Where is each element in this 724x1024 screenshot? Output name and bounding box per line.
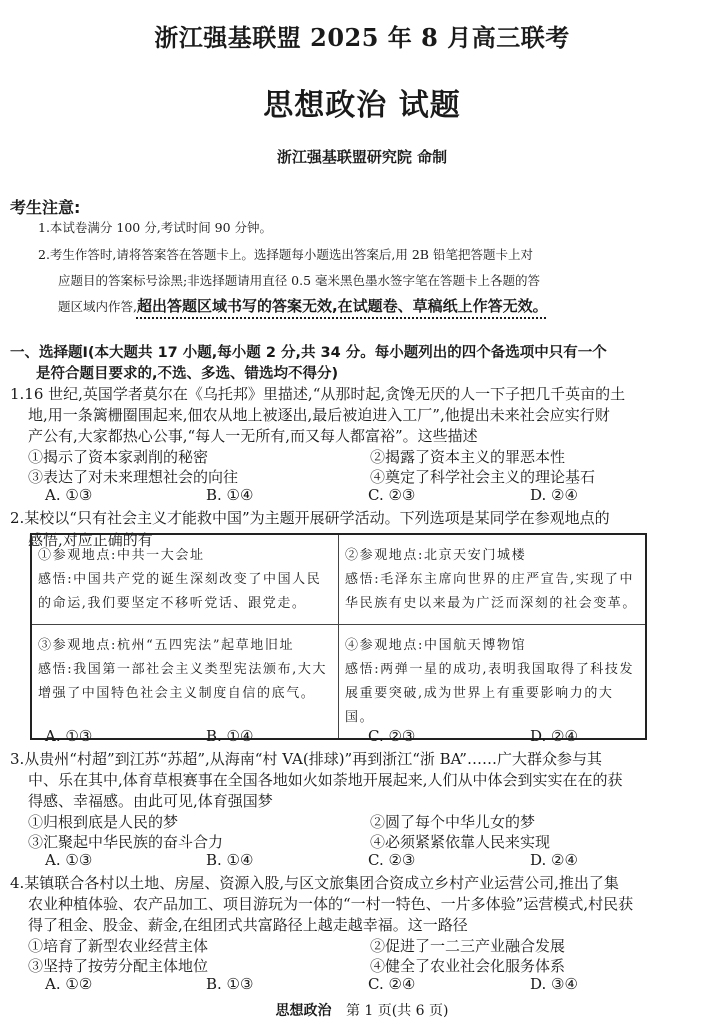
q4-choice-d[interactable]: D. ③④ xyxy=(530,975,578,993)
q2-cell-4-insight: 感悟:两弹一星的成功,表明我国取得了科技发展重要突破,成为世界上有重要影响力的大… xyxy=(345,658,639,730)
q4-choice-b[interactable]: B. ①③ xyxy=(206,975,253,993)
q2-stem-1: 2.某校以“只有社会主义才能救中国”为主题开展研学活动。下列选项是某同学在参观地… xyxy=(10,507,610,528)
footer-subject: 思想政治 xyxy=(276,1003,332,1019)
q4-statement-3: ③坚持了按劳分配主体地位 xyxy=(28,955,208,976)
q2-cell-2-insight: 感悟:毛泽东主席向世界的庄严宣告,实现了中华民族有史以来最为广泛而深刻的社会变革… xyxy=(345,568,639,616)
q2-cell-1: ①参观地点:中共一大会址 感悟:中国共产党的诞生深刻改变了中国人民的命运,我们要… xyxy=(31,534,339,625)
q1-statement-4: ④奠定了科学社会主义的理论基石 xyxy=(370,466,595,487)
exam-title: 浙江强基联盟 2025 年 8 月高三联考 xyxy=(0,18,724,53)
q1-statement-3: ③表达了对未来理想社会的向往 xyxy=(28,466,238,487)
q3-choice-b[interactable]: B. ①④ xyxy=(206,851,253,869)
section-heading-cont: 是符合题目要求的,不选、多选、错选均不得分) xyxy=(36,362,338,383)
q3-statement-1: ①归根到底是人民的梦 xyxy=(28,811,178,832)
section-heading: 一、选择题Ⅰ(本大题共 17 小题,每小题 2 分,共 34 分。每小题列出的四… xyxy=(10,341,607,362)
q2-cell-4-place: ④参观地点:中国航天博物馆 xyxy=(345,634,639,658)
q2-cell-4: ④参观地点:中国航天博物馆 感悟:两弹一星的成功,表明我国取得了科技发展重要突破… xyxy=(339,625,647,740)
q3-choice-a[interactable]: A. ①③ xyxy=(45,851,92,869)
q4-stem-3: 得了租金、股金、薪金,在组团式共富路径上越走越幸福。这一路径 xyxy=(28,914,468,935)
subject-title: 思想政治 试题 xyxy=(0,80,724,124)
q4-statement-4: ④健全了农业社会化服务体系 xyxy=(370,955,565,976)
q3-stem-3: 得感、幸福感。由此可见,体育强国梦 xyxy=(28,790,273,811)
q3-stem-2: 中、乐在其中,体育草根赛事在全国各地如火如荼地开展起来,人们从中体会到实实在在的… xyxy=(28,769,623,790)
q3-choice-c[interactable]: C. ②③ xyxy=(368,851,415,869)
q2-choice-b[interactable]: B. ①④ xyxy=(206,727,253,745)
q2-cell-1-insight: 感悟:中国共产党的诞生深刻改变了中国人民的命运,我们要坚定不移听党话、跟党走。 xyxy=(38,568,332,616)
page-footer: 思想政治 第 1 页(共 6 页) xyxy=(0,1000,724,1020)
q3-choice-d[interactable]: D. ②④ xyxy=(530,851,578,869)
q2-cell-2: ②参观地点:北京天安门城楼 感悟:毛泽东主席向世界的庄严宣告,实现了中华民族有史… xyxy=(339,534,647,625)
q3-statement-4: ④必须紧紧依靠人民来实现 xyxy=(370,831,550,852)
q2-table: ①参观地点:中共一大会址 感悟:中国共产党的诞生深刻改变了中国人民的命运,我们要… xyxy=(30,533,647,740)
notice-item-2-cont: 应题目的答案标号涂黑;非选择题请用直径 0.5 毫米黑色墨水签字笔在答题卡上各题… xyxy=(58,268,540,294)
q1-statement-2: ②揭露了资本主义的罪恶本性 xyxy=(370,446,565,467)
q1-stem-2: 地,用一条篱栅圈围起来,佃农从地上被逐出,最后被迫进入工厂”,他提出未来社会应实… xyxy=(28,404,610,425)
q1-stem-3: 产公有,大家都热心公事,“每人一无所有,而又每人都富裕”。这些描述 xyxy=(28,425,478,446)
q1-choice-b[interactable]: B. ①④ xyxy=(206,486,253,504)
q1-statement-1: ①揭示了资本家剥削的秘密 xyxy=(28,446,208,467)
q4-statement-1: ①培育了新型农业经营主体 xyxy=(28,935,208,956)
q2-cell-3-place: ③参观地点:杭州“五四宪法”起草地旧址 xyxy=(38,634,332,658)
q2-cell-1-place: ①参观地点:中共一大会址 xyxy=(38,544,332,568)
q2-choice-c[interactable]: C. ②③ xyxy=(368,727,415,745)
q1-choice-a[interactable]: A. ①③ xyxy=(45,486,92,504)
q4-choice-a[interactable]: A. ①② xyxy=(45,975,92,993)
footer-page-number: 第 1 页(共 6 页) xyxy=(346,1003,449,1019)
q2-choice-d[interactable]: D. ②④ xyxy=(530,727,578,745)
q4-stem-2: 农业种植体验、农产品加工、项目游玩为一体的“一村一特色、一片多体验”运营模式,村… xyxy=(28,893,633,914)
q2-cell-2-place: ②参观地点:北京天安门城楼 xyxy=(345,544,639,568)
q2-choice-a[interactable]: A. ①③ xyxy=(45,727,92,745)
q3-stem-1: 3.从贵州“村超”到江苏“苏超”,从海南“村 VA(排球)”再到浙江“浙 BA”… xyxy=(10,748,602,769)
q1-choice-d[interactable]: D. ②④ xyxy=(530,486,578,504)
q4-choice-c[interactable]: C. ②④ xyxy=(368,975,415,993)
notice-item-2: 2.考生作答时,请将答案答在答题卡上。选择题每小题选出答案后,用 2B 铅笔把答… xyxy=(38,242,533,268)
q2-cell-3-insight: 感悟:我国第一部社会主义类型宪法颁布,大大增强了中国特色社会主义制度自信的底气。 xyxy=(38,658,332,706)
q3-statement-2: ②圆了每个中华儿女的梦 xyxy=(370,811,535,832)
q4-stem-1: 4.某镇联合各村以土地、房屋、资源入股,与区文旅集团合资成立乡村产业运营公司,推… xyxy=(10,872,619,893)
q4-statement-2: ②促进了一二三产业融合发展 xyxy=(370,935,565,956)
exam-maker: 浙江强基联盟研究院 命制 xyxy=(0,146,724,167)
q3-statement-3: ③汇聚起中华民族的奋斗合力 xyxy=(28,831,223,852)
notice-item-2-tail: 题区域内作答, xyxy=(58,299,137,314)
notice-emphasis: 超出答题区域书写的答案无效,在试题卷、草稿纸上作答无效。 xyxy=(137,297,548,315)
q2-cell-3: ③参观地点:杭州“五四宪法”起草地旧址 感悟:我国第一部社会主义类型宪法颁布,大… xyxy=(31,625,339,740)
notice-item-2-end: 题区域内作答,超出答题区域书写的答案无效,在试题卷、草稿纸上作答无效。 xyxy=(58,293,548,320)
q1-stem-1: 1.16 世纪,英国学者莫尔在《乌托邦》里描述,“从那时起,贪馋无厌的人一下子把… xyxy=(10,383,625,404)
q1-choice-c[interactable]: C. ②③ xyxy=(368,486,415,504)
notice-item-1: 1.本试卷满分 100 分,考试时间 90 分钟。 xyxy=(38,215,272,241)
